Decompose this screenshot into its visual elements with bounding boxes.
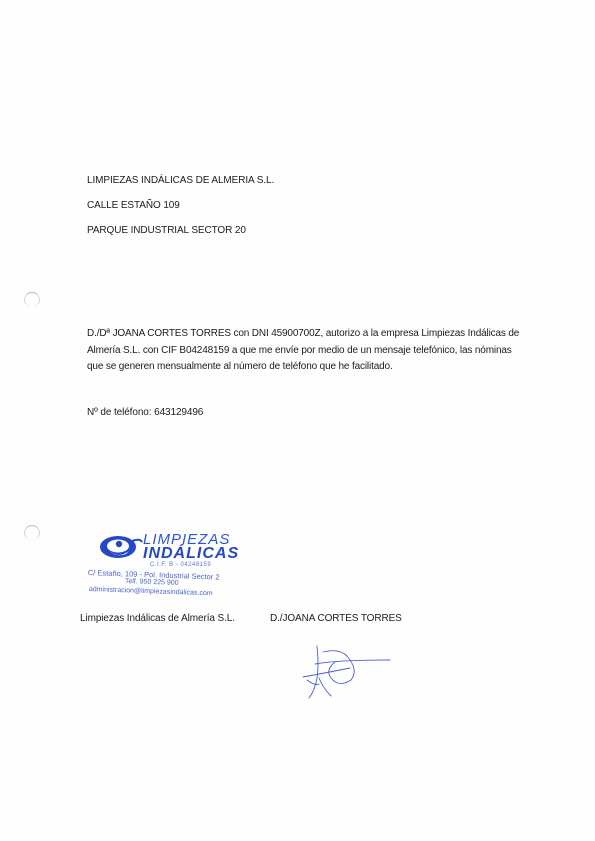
phone-value: 643129496 (154, 407, 203, 418)
company-stamp: LIMPIEZAS INDÁLICAS C.I.F. B - 04248159 … (88, 530, 263, 600)
paragraph-line: D./Dª JOANA CORTES TORRES con DNI 459007… (87, 326, 527, 343)
company-logo-icon (96, 532, 144, 564)
paragraph-line: que se generen mensualmente al número de… (87, 359, 527, 376)
stamp-name-line2: INDÁLICAS (143, 545, 239, 563)
paragraph-line: Almería S.L. con CIF B04248159 a que me … (87, 343, 527, 360)
authorization-paragraph: D./Dª JOANA CORTES TORRES con DNI 459007… (87, 326, 527, 376)
employee-signature-label: D./JOANA CORTES TORRES (270, 612, 402, 625)
stamp-cif: C.I.F. B - 04248159 (150, 562, 211, 568)
document-page: LIMPIEZAS INDÁLICAS DE ALMERIA S.L. CALL… (0, 0, 595, 841)
recipient-street: CALLE ESTAÑO 109 (87, 199, 180, 212)
punch-hole-mark (24, 525, 40, 540)
stamp-email: administracion@limpiezasindalicas.com (89, 586, 213, 597)
punch-hole-mark (24, 292, 40, 307)
recipient-area: PARQUE INDUSTRIAL SECTOR 20 (87, 224, 246, 237)
phone-line: Nº de teléfono: 643129496 (87, 406, 203, 419)
company-signature-label: Limpiezas Indálicas de Almería S.L. (80, 612, 235, 625)
phone-label: Nº de teléfono: (87, 407, 151, 418)
stamp-telephone: Telf. 950 225 900 (125, 578, 179, 587)
handwritten-signature (295, 640, 395, 705)
recipient-company: LIMPIEZAS INDÁLICAS DE ALMERIA S.L. (87, 174, 274, 187)
